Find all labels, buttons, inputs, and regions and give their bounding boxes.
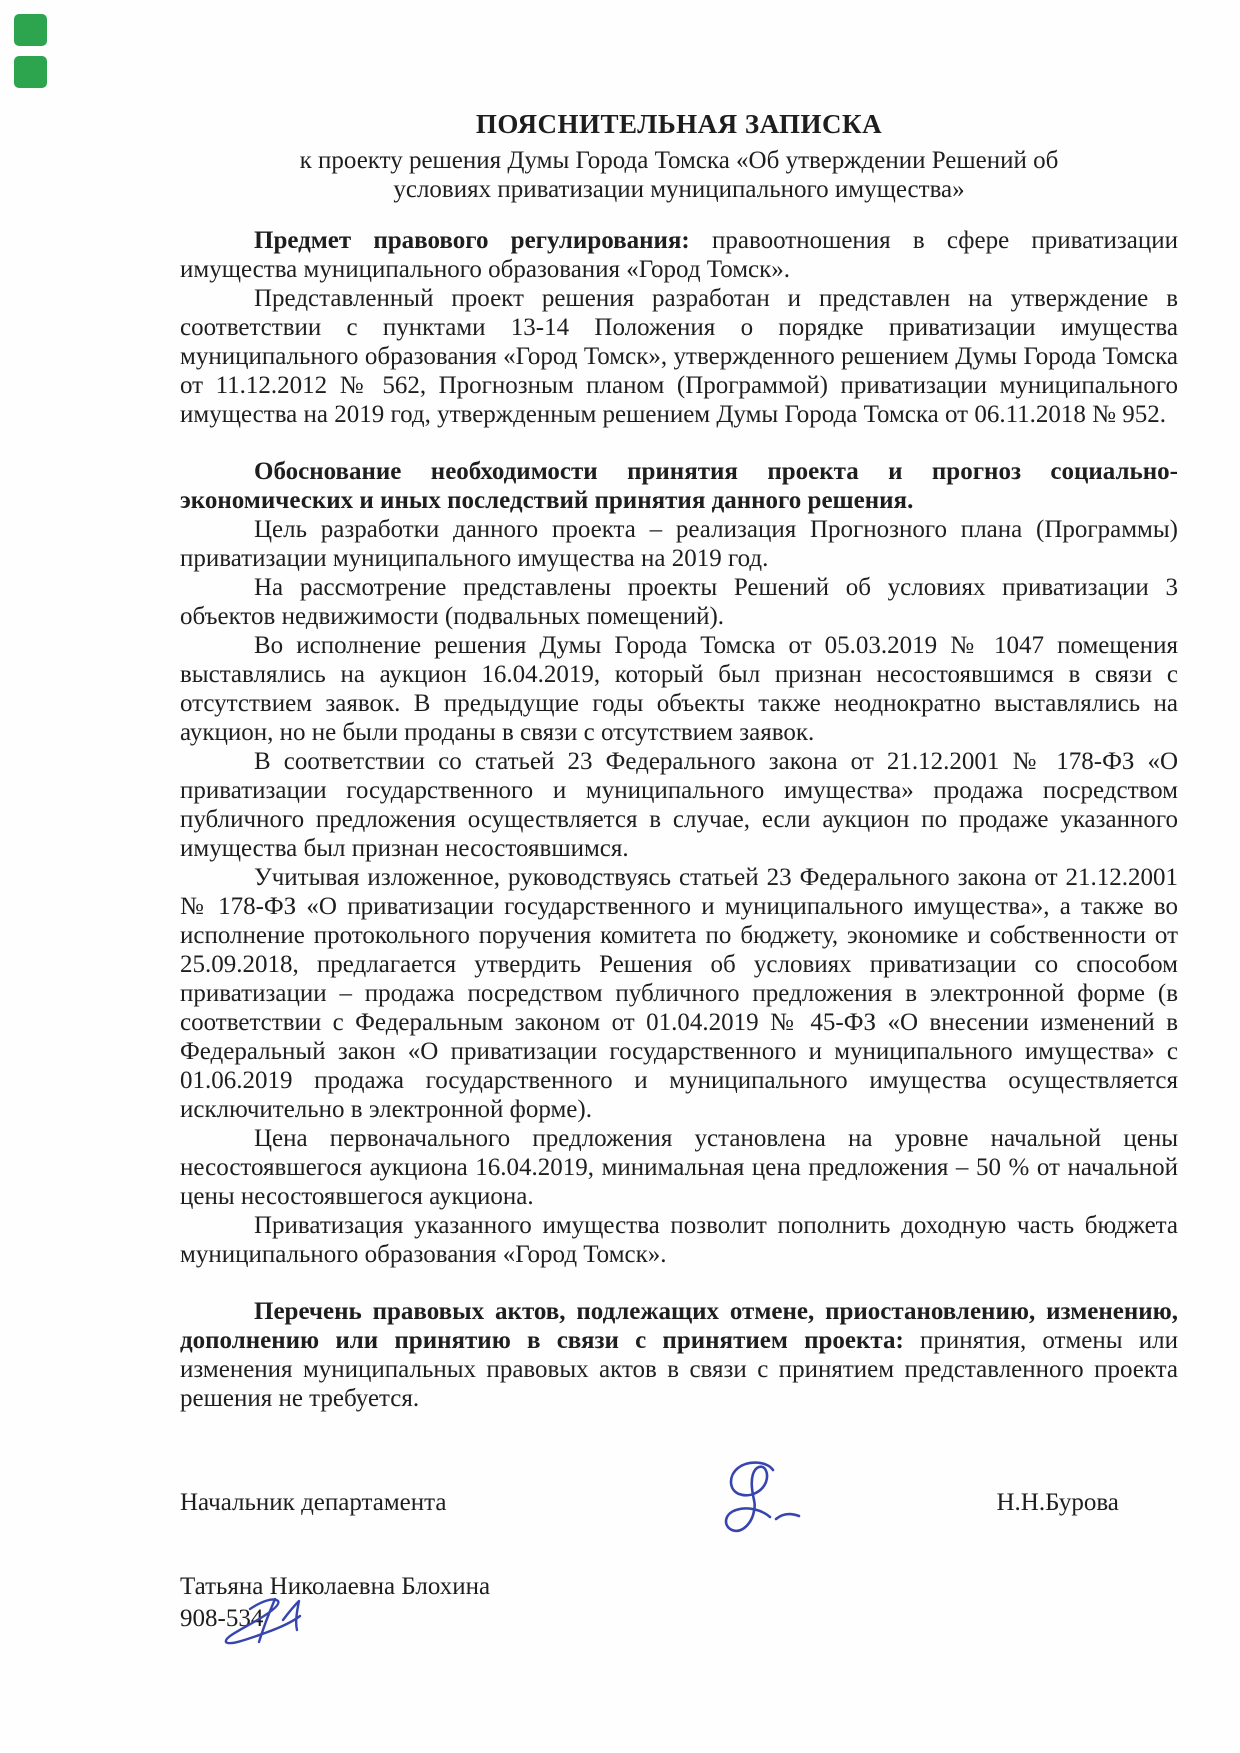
handwritten-signature — [718, 1458, 818, 1547]
document-paragraph: Приватизация указанного имущества позвол… — [180, 1211, 1178, 1269]
document-paragraph: Представленный проект решения разработан… — [180, 284, 1178, 429]
signature-row: Начальник департамента Н.Н.Бурова — [180, 1459, 1178, 1545]
document-body: ПОЯСНИТЕЛЬНАЯ ЗАПИСКА к проекту решения … — [0, 0, 1240, 1635]
executor-phone: 908-534 — [180, 1603, 1178, 1635]
document-subtitle: к проекту решения Думы Города Томска «Об… — [269, 146, 1089, 204]
document-paragraphs: Предмет правового регулирования: правоот… — [180, 226, 1178, 1413]
signatory-name: Н.Н.Бурова — [996, 1488, 1118, 1517]
document-paragraph: Учитывая изложенное, руководствуясь стат… — [180, 863, 1178, 1124]
document-paragraph: Во исполнение решения Думы Города Томска… — [180, 631, 1178, 747]
corner-markers — [14, 14, 47, 98]
executor-name: Татьяна Николаевна Блохина — [180, 1571, 1178, 1603]
green-square-marker — [14, 56, 47, 88]
document-paragraph: На рассмотрение представлены проекты Реш… — [180, 573, 1178, 631]
executor-block: Татьяна Николаевна Блохина 908-534 — [180, 1571, 1178, 1635]
signatory-position-label: Начальник департамента — [180, 1488, 446, 1517]
document-paragraph: В соответствии со статьей 23 Федеральног… — [180, 747, 1178, 863]
document-paragraph: Предмет правового регулирования: правоот… — [180, 226, 1178, 284]
green-square-marker — [14, 14, 47, 46]
handwritten-initials — [216, 1595, 312, 1654]
document-paragraph: Обоснование необходимости принятия проек… — [180, 457, 1178, 515]
document-title: ПОЯСНИТЕЛЬНАЯ ЗАПИСКА — [180, 108, 1178, 140]
document-paragraph: Цена первоначального предложения установ… — [180, 1124, 1178, 1211]
scanned-document-page: ПОЯСНИТЕЛЬНАЯ ЗАПИСКА к проекту решения … — [0, 0, 1240, 1753]
document-paragraph: Цель разработки данного проекта – реализ… — [180, 515, 1178, 573]
document-paragraph: Перечень правовых актов, подлежащих отме… — [180, 1297, 1178, 1413]
